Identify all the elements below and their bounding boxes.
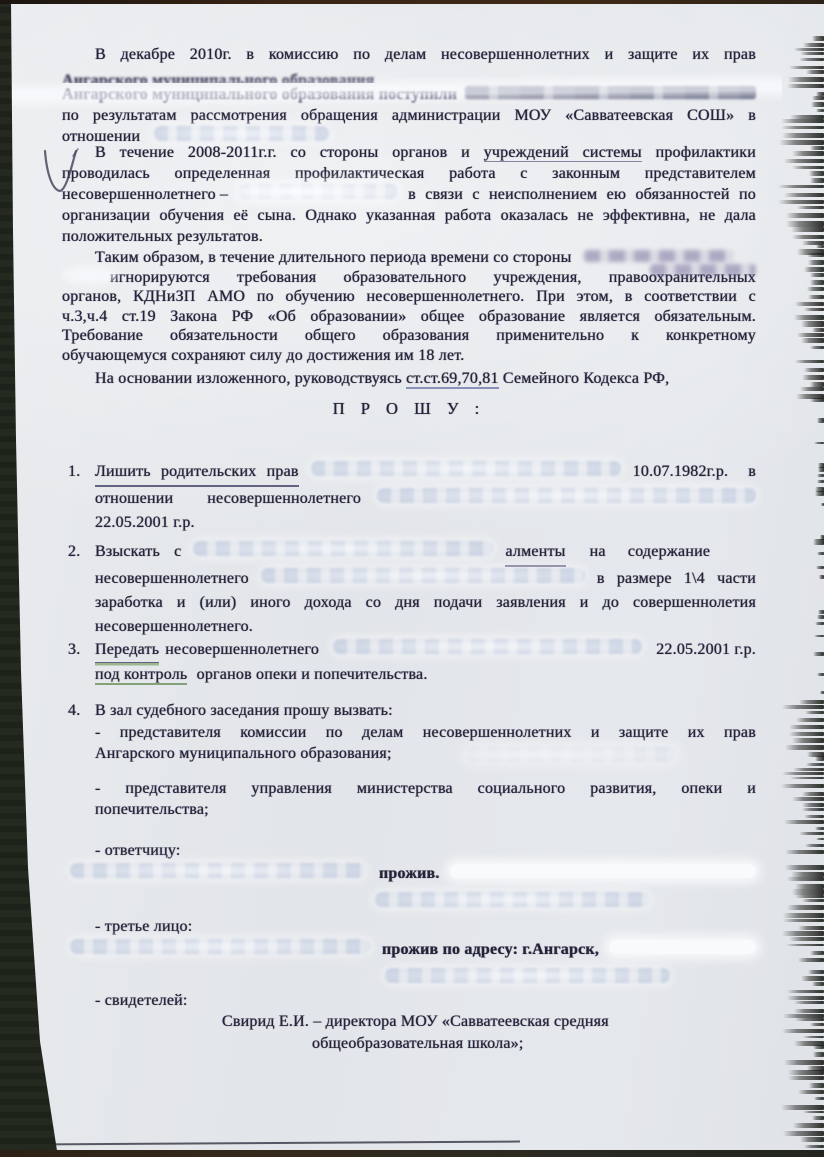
scan-fringe-mark [783,1014,824,1019]
scan-fringe-mark [816,838,824,841]
scan-fringe-mark [793,1123,824,1128]
scan-fringe-mark [804,308,824,311]
scan-fringe-mark [785,850,824,854]
item-1-l2a: отношении [95,487,173,511]
scan-fringe-mark [812,982,824,985]
p3-line-5: Требование обязательности общего образов… [62,326,756,346]
scan-fringe-mark [804,815,824,818]
intro-line-3: по результатам рассмотрения обращения ад… [62,105,756,126]
scan-fringe-mark [784,193,824,197]
item-4-witnesses: - свидетелей: Свирид Е.И. – директора МО… [62,990,756,1054]
scan-fringe-mark [782,931,824,936]
scan-fringe-mark [813,539,824,544]
scan-fringe-mark [818,463,824,468]
item-3-underlined-1: Передать [95,638,159,663]
scan-fringe-mark [792,889,824,894]
scan-fringe-mark [816,109,824,112]
defendant-address-line [95,888,756,909]
redaction-blob [70,939,370,954]
item-1-underlined: Лишить родительских прав [95,460,299,487]
p3-line-3: органов, КДНиЗП АМО по обучению несоверш… [62,287,756,307]
scan-fringe-mark [782,1029,824,1033]
scan-fringe-mark [817,552,824,555]
scan-fringe-mark [817,615,824,619]
scan-fringe-mark [815,622,824,625]
intro-smeared-line: Ангарского муниципального образования по… [62,84,756,105]
scan-fringe-mark [817,673,824,676]
sub2-line-1: - представителя управления министерства … [95,778,756,799]
scan-fringe-mark [804,267,824,272]
intro-line-1: В декабре 2010г. в комиссию по делам нес… [62,44,756,65]
scan-fringe-mark [812,36,824,41]
defendant-label: - ответчицу: [95,840,756,861]
item-2-line-2: несовершеннолетнего в размере 1\4 части [95,567,756,591]
scan-fringe-mark [792,738,824,743]
scan-fringe-mark [802,803,824,807]
scan-fringe-mark [807,253,824,257]
item-4-intro: В зал судебного заседания прошу вызвать: [95,700,756,721]
scan-fringe-mark [807,287,824,291]
scan-fringe-mark [819,575,824,579]
scan-fringe-mark [820,535,824,540]
scan-fringe-mark [801,321,824,326]
scan-fringe-mark [810,346,824,349]
white-smudge [62,266,118,284]
item-2-line-4: несовершеннолетнего. [95,615,756,639]
item-3-underlined-2: под контроль [95,666,187,685]
scan-fringe-mark [778,200,824,204]
sub1-line-2: Ангарского муниципального образования; [95,743,756,764]
scan-fringe-mark [818,610,824,614]
scan-fringe-mark [779,140,824,145]
scan-fringe-mark [802,241,824,245]
scan-fringe-mark [792,166,824,169]
scan-edge-top [0,0,824,4]
third-party-resides: прожив по адресу: г.Ангарск, [382,939,599,960]
ink-smear-blob [465,86,756,99]
scan-fringe-mark [810,273,824,277]
scan-fringe-mark [810,951,824,955]
item-1-line-1: Лишить родительских прав 10.07.1982г.р. … [95,460,756,487]
scan-fringe-mark [809,1083,824,1088]
scan-fringe-mark [810,146,824,150]
third-party-address-line [95,964,756,985]
redaction-blob [238,184,398,199]
scan-fringe-mark [806,763,824,766]
item-3-line-1: Передать несовершеннолетнего 22.05.2001 … [95,638,756,663]
scan-fringe-mark [795,302,824,306]
item-2-body: Взыскать с алменты на содержание несовер… [95,540,756,639]
scan-fringe-mark [781,119,824,123]
item-3-date: 22.05.2001 г.р. [656,638,756,662]
scan-fringe-mark [786,221,824,226]
p2-l1a: В течение 2008-2011г.г. со стороны орган… [95,144,484,161]
scan-fringe-mark [789,66,824,69]
item-3-line-2: под контроль органов опеки и попечительс… [95,663,756,687]
petition-item-1: 1. Лишить родительских прав 10.07.1982г.… [62,460,756,535]
scan-fringe-mark [796,394,824,399]
scan-fringe-mark [801,338,824,343]
scan-fringe-mark [799,832,824,835]
scan-fringe-mark [809,171,824,176]
p4-a: На основании изложенного, руководствуясь [95,370,406,387]
redaction-blob [311,461,621,476]
item-2-l2a: несовершеннолетнего [95,567,249,591]
scan-fringe-mark [787,877,824,881]
redaction-blob [333,639,642,654]
paragraph-prevention-work: В течение 2008-2011г.г. со стороны орган… [62,142,756,247]
scan-fringe-mark [791,227,824,232]
dark-ghost-redaction-blob [650,264,756,276]
scan-fringe-mark [798,1090,824,1094]
sub2-line-2: попечительства; [95,799,756,820]
scan-fringe-mark [781,1105,824,1110]
defendant-resides: прожив. [379,863,440,884]
scan-fringe-mark [795,360,824,363]
item-4-third-party: - третье лицо: прожив по адресу: г.Ангар… [62,916,756,985]
scan-fringe-mark [787,84,824,88]
p2-line-3: несовершеннолетнего – в связи с неисполн… [62,184,756,205]
scan-fringe-mark [802,792,824,797]
scan-fringe-mark [806,70,824,74]
redaction-blob [261,568,585,583]
item-2-b: на содержание [590,540,711,564]
third-party-line: прожив по адресу: г.Ангарск, [70,939,756,960]
item-2-a: Взыскать с [95,540,181,564]
scan-fringe-mark [782,772,824,775]
item-1-birthdate: 10.07.1982г.р. [633,460,729,484]
scan-fringe-mark [813,652,824,657]
scan-fringe-mark [816,92,824,96]
p2-line-4: организации обучения её сына. Однако ука… [62,205,756,226]
p4-underlined-articles: ст.ст.69,70,81 [406,370,499,389]
scan-fringe-mark [794,1001,824,1004]
scan-fringe-mark [788,1076,824,1081]
scan-fringe-mark [814,1097,824,1100]
faint-erasure-blob [466,747,676,762]
item-3-a: несовершеннолетнего [165,638,319,662]
scan-fringe-mark [803,1036,824,1039]
scan-fringe-mark [815,756,824,761]
scan-fringe-mark [816,566,824,570]
scan-fringe-mark [813,1052,824,1057]
scan-fringe-mark [799,58,824,61]
witnesses-label: - свидетелей: [95,990,756,1011]
scan-fringe-mark [796,718,824,722]
scan-fringe-mark [795,1018,824,1021]
item-2-line-1: Взыскать с алменты на содержание [95,540,756,567]
scan-fringe-mark [787,996,824,999]
scan-fringe-mark [790,115,824,119]
whiteout-blob [609,940,756,954]
item-3-number: 3. [68,638,80,662]
witness-line-1: Свирид Е.И. – директора МОУ «Савватеевск… [222,1011,756,1032]
petition-item-3: 3. Передать несовершеннолетнего 22.05.20… [62,638,756,687]
scan-fringe-mark [803,1111,824,1114]
scan-fringe-mark [785,745,824,750]
petition-heading: П Р О Ш У : [62,398,756,419]
scan-fringe-mark [803,43,824,47]
scan-fringe-mark [798,958,824,962]
p3-l1-text: Таким образом, в течение длительного пер… [62,248,572,268]
petition-item-2: 2. Взыскать с алменты на содержание несо… [62,540,756,639]
scan-fringe-mark [807,752,824,757]
scan-fringe-mark [798,926,824,930]
scan-fringe-mark [815,491,824,496]
item-1-line-2: отношении несовершеннолетнего [95,487,756,511]
scan-fringe-mark [797,206,824,209]
defendant-line: прожив. [70,863,756,884]
scan-fringe-mark [785,865,824,870]
scan-fringe-mark [781,784,824,788]
scan-fringe-mark [810,178,824,182]
item-4-number: 4. [68,700,80,721]
scan-fringe-mark [784,159,824,163]
scan-fringe-mark [783,1131,824,1136]
item-2-underlined: алменты [505,540,565,567]
scan-fringe-mark [788,1070,824,1075]
scan-fringe-mark [783,913,824,918]
p3-line-4: ч.3,ч.4 ст.19 Закона РФ «Об образовании»… [62,307,756,327]
bottom-scan-line [30,1141,520,1146]
scan-fringe-mark [800,1137,824,1142]
scan-fringe-mark [816,245,824,248]
scan-fringe-mark [790,777,824,780]
redaction-blob [193,541,493,556]
scan-fringe-mark [792,797,824,802]
scan-fringe-mark [792,235,824,239]
handwritten-checkmark-icon [40,144,82,198]
scan-fringe-mark [802,375,824,380]
p2-l3a: несовершеннолетнего – [62,184,228,205]
scan-fringe-mark [802,808,824,811]
scan-fringe-mark [791,872,824,877]
scan-fringe-mark [794,1041,824,1046]
item-1-number: 1. [68,460,80,484]
p2-line-5: положительных результатов. [62,226,756,247]
scan-fringe-mark [805,844,824,847]
redaction-blob [377,488,756,503]
smeared-text: Ангарского муниципального образования по… [62,84,457,105]
item-3-b: органов опеки и попечительства. [197,666,428,683]
scan-fringe-mark [814,635,824,638]
item-1-body: Лишить родительских прав 10.07.1982г.р. … [95,460,756,535]
dark-ghost-redaction-blob [584,250,734,262]
item-2-number: 2. [68,540,80,564]
scan-fringe-mark [794,1009,824,1013]
item-3-body: Передать несовершеннолетнего 22.05.2001 … [95,638,756,687]
scan-fringe-mark [782,133,824,138]
redaction-blob [385,968,670,983]
scan-fringe-mark [812,328,824,333]
item-4-defendant: - ответчицу: прожив. [62,840,756,909]
p2-l1b: профилактики [642,144,756,161]
scan-fringe-mark [814,442,824,445]
p2-underlined-text: учреждений системы [484,144,642,162]
scanned-document-page: В декабре 2010г. в комиссию по делам нес… [0,0,824,1157]
scan-fringe-mark [786,213,824,217]
scan-fringe-mark [808,260,824,265]
item-4-sub-2: - представителя управления министерства … [62,778,756,820]
witness-line-2: общеобразовательная школа»; [312,1033,756,1054]
scan-fringe-mark [817,418,824,423]
scan-fringe-mark [789,732,824,736]
scan-fringe-mark [782,705,824,708]
scan-fringe-mark [807,1066,824,1071]
scan-fringe-mark [813,1045,824,1049]
scan-fringe-mark [805,711,824,714]
scan-fringe-mark [795,884,824,888]
p2-l3b: в связи с неисполнением ею обязанностей … [408,184,756,205]
scan-fringe-mark [810,382,824,387]
scan-fringe-mark [787,905,824,910]
whiteout-blob [450,864,756,878]
scan-fringe-mark [784,820,824,824]
scan-fringe-mark [787,990,824,993]
scan-fringe-mark [801,976,824,981]
scan-fringe-mark [795,895,824,899]
paragraph-legal-basis: На основании изложенного, руководствуясь… [62,368,756,389]
scan-fringe-mark [810,280,824,285]
scan-fringe-mark [811,102,824,107]
scan-fringe-mark [788,77,824,81]
scan-fringe-mark [800,52,824,55]
scan-fringe-mark [786,944,824,947]
scan-fringe-mark [817,474,824,477]
scan-fringe-mark [794,48,824,51]
scan-fringe-mark [808,970,824,974]
scan-fringe-mark [793,768,824,771]
scan-fringe-mark [784,1060,824,1065]
scan-fringe-mark [810,398,824,402]
scan-fringe-mark [804,1145,824,1148]
scan-fringe-mark [794,315,824,320]
third-party-label: - третье лицо: [95,916,756,937]
scan-edge-bottom [0,1150,824,1157]
p2-line-1: В течение 2008-2011г.г. со стороны орган… [62,142,756,163]
redaction-blob [154,126,329,141]
scan-fringe-mark [820,691,824,694]
paragraph-ignored-requirements: Таким образом, в течение длительного пер… [62,248,756,365]
redaction-blob [70,863,365,878]
scan-fringe-mark [781,126,824,129]
item-4-sub-1: - представителя комиссии по делам несове… [62,722,756,764]
scan-fringe-mark [797,249,824,254]
p4-b: Семейного Кодекса РФ, [499,370,670,387]
item-1-tail: в [748,460,756,484]
scan-fringe-mark [804,368,824,372]
scan-fringe-mark [812,1116,824,1120]
sub1-line-2-text: Ангарского муниципального образования; [95,745,392,762]
item-2-l2b: в размере 1\4 части [597,567,756,591]
scan-fringe-mark [810,1023,824,1026]
scan-fringe-mark [789,937,824,941]
scan-fringe-mark [789,725,824,729]
scan-fringe-mark [815,487,824,492]
item-1-l2b: несовершеннолетнего [207,487,361,511]
item-2-line-3: заработка и (или) иного дохода со дня по… [95,591,756,615]
p2-line-2: проводилась определенная профилактическа… [62,163,756,184]
scan-fringe-mark [818,467,824,472]
scan-fringe-mark [808,295,824,299]
p3-line-6: обучающемуся сохраняют силу до достижени… [62,346,756,366]
scan-fringe-mark [778,185,824,188]
petition-item-4: 4. В зал судебного заседания прошу вызва… [62,700,756,721]
scan-fringe-mark [800,387,824,391]
scan-fringe-mark [792,151,824,156]
scan-fringe-mark [797,333,824,337]
p4-line: На основании изложенного, руководствуясь… [62,368,756,389]
paragraph-intro: В декабре 2010г. в комиссию по делам нес… [62,44,756,147]
scan-fringe-mark [799,700,824,704]
item-1-line-3: 22.05.2001 г.р. [95,511,756,535]
scan-fringe-mark [815,827,824,830]
redaction-blob [375,892,650,907]
sub1-line-1: - представителя комиссии по делам несове… [95,722,756,743]
scan-fringe-mark [817,480,824,483]
scan-fringe-mark [802,899,824,902]
scan-fringe-mark [812,96,824,100]
scan-fringe-mark [783,919,824,923]
